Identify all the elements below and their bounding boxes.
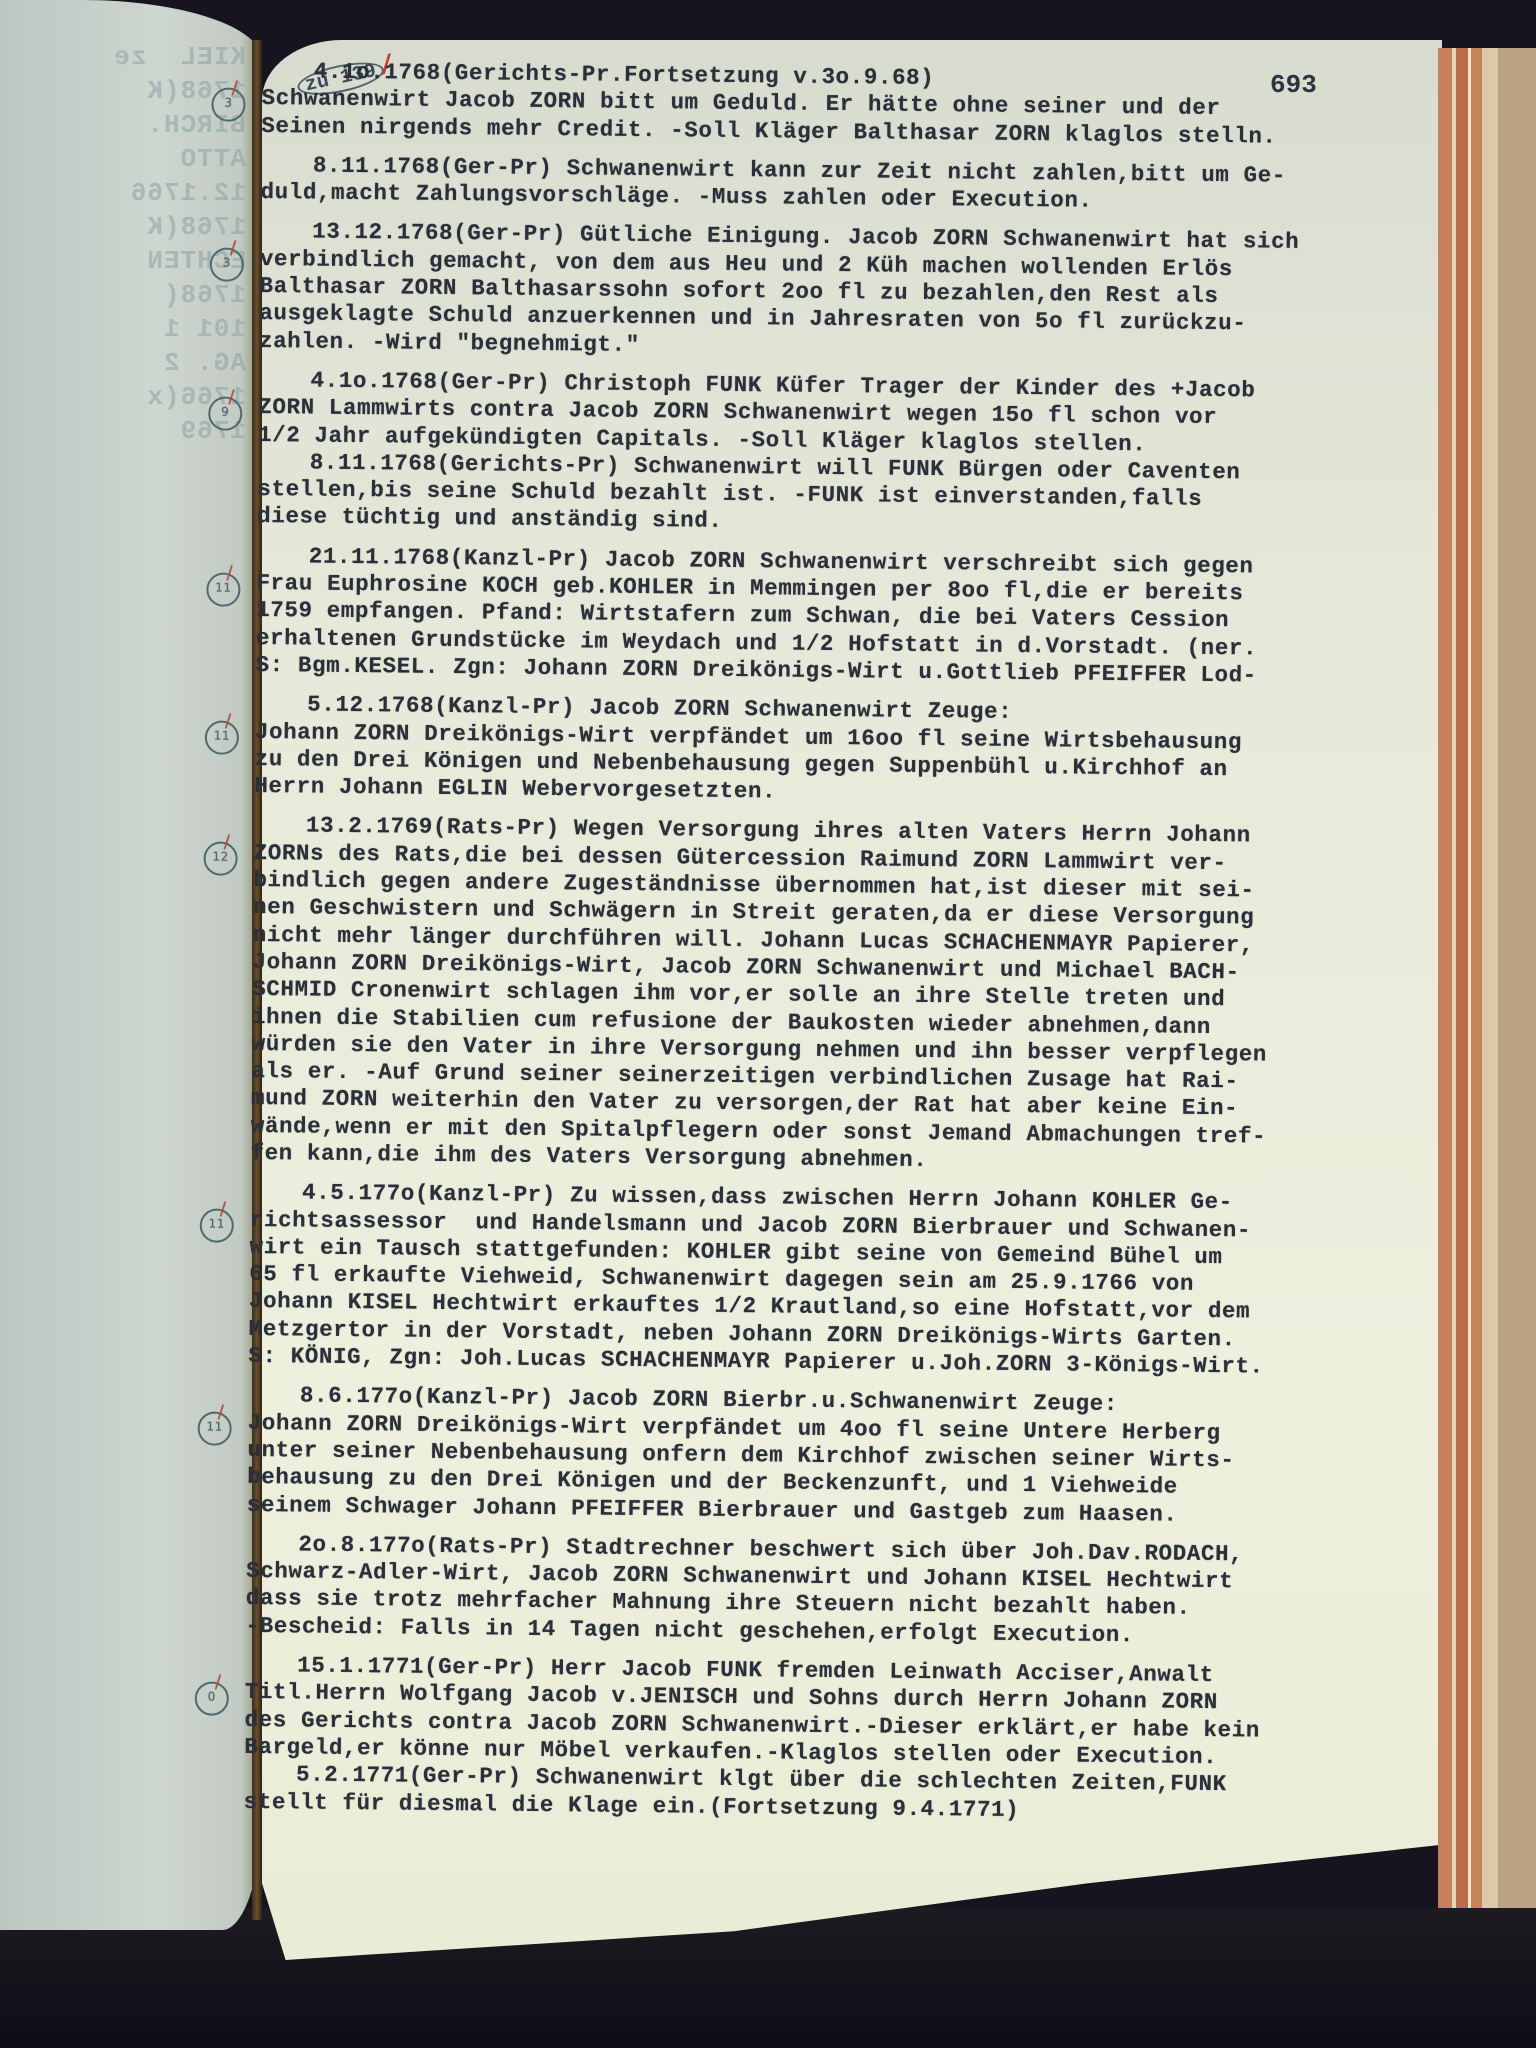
document-entry: 12/13.2.1769(Rats-Pr) Wegen Versorgung i… xyxy=(250,812,1434,1179)
document-entry: 2o.8.177o(Rats-Pr) Stadtrechner beschwer… xyxy=(245,1531,1426,1653)
document-body: 3/4.1o.1768(Gerichts-Pr.Fortsetzung v.3o… xyxy=(243,58,1441,1840)
red-tick-mark-icon: / xyxy=(224,830,231,856)
document-entry: 11/21.11.1768(Kanzl-Pr) Jacob ZORN Schwa… xyxy=(255,543,1436,692)
document-entry: 9/4.1o.1768(Ger-Pr) Christoph FUNK Küfer… xyxy=(257,367,1439,543)
document-entry: 11/8.6.177o(Kanzl-Pr) Jacob ZORN Bierbr.… xyxy=(247,1382,1428,1531)
margin-annotation: 11/ xyxy=(206,572,240,606)
document-entry: 11/4.5.177o(Kanzl-Pr) Zu wissen,dass zwi… xyxy=(248,1179,1430,1382)
red-tick-mark-icon: / xyxy=(232,76,239,102)
document-entry: 3/13.12.1768(Ger-Pr) Gütliche Einigung. … xyxy=(259,218,1440,367)
left-page-show-through-text: KIEL ze 1768(K BIRCH. ATTO 12.1766 1768(… xyxy=(6,40,246,448)
red-tick-mark-icon: / xyxy=(218,1400,225,1426)
red-tick-mark-icon: / xyxy=(230,236,237,262)
red-tick-mark-icon: / xyxy=(220,1197,227,1223)
left-page: KIEL ze 1768(K BIRCH. ATTO 12.1766 1768(… xyxy=(0,0,262,1930)
desk-background xyxy=(0,1908,1536,2048)
red-tick-mark-icon: / xyxy=(228,385,235,411)
margin-annotation: 3/ xyxy=(211,87,245,121)
margin-annotation: 0/ xyxy=(195,1681,229,1715)
red-tick-mark-icon: / xyxy=(215,1670,222,1696)
document-entry: 8.11.1768(Ger-Pr) Schwanenwirt kann zur … xyxy=(260,152,1441,219)
red-tick-mark-icon: / xyxy=(225,709,232,735)
red-tick-mark-icon: / xyxy=(226,560,233,586)
document-entry: 11/5.12.1768(Kanzl-Pr) Jacob ZORN Schwan… xyxy=(254,691,1435,813)
document-entry: 3/4.1o.1768(Gerichts-Pr.Fortsetzung v.3o… xyxy=(261,58,1442,152)
margin-annotation: 9/ xyxy=(208,396,242,430)
document-entry: 0/15.1.1771(Ger-Pr) Herr Jacob FUNK frem… xyxy=(244,1652,1426,1828)
page-edges xyxy=(1438,48,1536,1908)
